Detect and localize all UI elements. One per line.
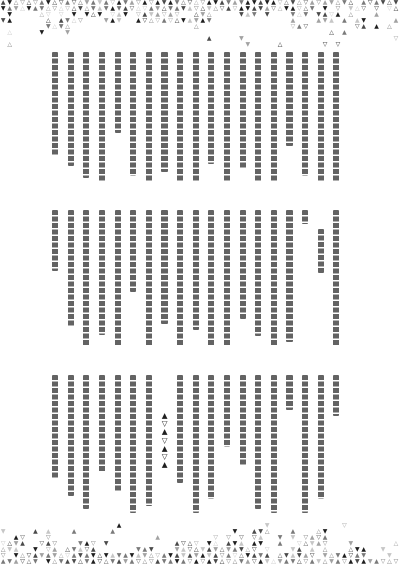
redacted-text-column	[177, 375, 184, 513]
redacted-text-lines	[130, 210, 136, 292]
ornament-row: △ ▼ △ ▽ ▽	[0, 42, 400, 48]
redacted-text-column	[115, 210, 122, 346]
redacted-text-column	[83, 52, 90, 182]
redacted-text-lines	[115, 375, 121, 492]
redacted-text-column	[68, 52, 75, 182]
redacted-text-lines	[208, 210, 214, 346]
redacted-text-column	[68, 210, 75, 346]
redacted-text-lines	[271, 210, 277, 346]
redacted-text-column	[255, 52, 262, 182]
redacted-text-lines	[83, 210, 89, 346]
top-ornament-border: ▲▼△▽△▽▲▼△▽▲▽△▼▲▼▲▽▲▼▲▽▲▽▲▼▲▼△▽△▽▲▼▲▼▲▼▲▼…	[0, 0, 400, 48]
redacted-text-column	[83, 375, 90, 513]
redacted-text-lines	[333, 52, 339, 182]
redacted-text-column	[99, 210, 106, 346]
redacted-text-lines	[286, 375, 292, 410]
redacted-text-lines	[83, 52, 89, 178]
redacted-text-lines	[99, 375, 105, 472]
redacted-text-lines	[99, 52, 105, 182]
redacted-text-lines	[146, 375, 152, 506]
scene-break-marker: ▲▽▲▽▲▽▲	[161, 375, 168, 513]
redacted-text-lines	[318, 229, 324, 273]
redacted-text-column	[240, 375, 247, 513]
redacted-text-column	[193, 375, 200, 513]
redacted-text-column	[318, 210, 325, 346]
redacted-text-lines	[99, 210, 105, 335]
redacted-text-column	[333, 210, 340, 346]
redacted-text-column	[224, 210, 231, 346]
redacted-text-column	[52, 52, 59, 182]
redacted-text-lines	[333, 375, 339, 416]
redacted-text-lines	[208, 52, 214, 164]
redacted-text-lines	[146, 210, 152, 346]
text-block-3: ▲▽▲▽▲▽▲	[52, 375, 340, 513]
redacted-text-column	[193, 52, 200, 182]
redacted-text-column	[99, 375, 106, 513]
redacted-text-column	[240, 210, 247, 346]
redacted-text-column	[99, 52, 106, 182]
text-block-2	[52, 210, 340, 346]
redacted-text-lines	[318, 375, 324, 499]
redacted-text-column	[208, 52, 215, 182]
ornament-row: ▲▼▲▽△▼ ▼△▼▲▼△▼▲▽△▼▲▼▲▽△▽▲▼▲▼▲▽▲▽▲▼△▽△▼▲▽…	[0, 559, 400, 565]
redacted-text-lines	[177, 210, 183, 346]
redacted-text-lines	[83, 375, 89, 509]
redacted-text-lines	[240, 52, 246, 169]
redacted-text-lines	[193, 52, 199, 182]
redacted-text-column	[271, 210, 278, 346]
redacted-text-column	[286, 375, 293, 513]
redacted-text-lines	[302, 52, 308, 176]
redacted-text-lines	[146, 52, 152, 182]
redacted-text-column	[161, 210, 168, 346]
redacted-text-lines	[161, 210, 167, 324]
redacted-text-lines	[52, 210, 58, 271]
redacted-text-column	[302, 375, 309, 513]
bottom-ornament-border: ▲ ▼ ▽ ▼ ▲ ▲ ▲ ▲ ▼ ▲▼△ ▲ △▼ ▲▽ ▽ ▲ ▽ ▽ ▽ …	[0, 523, 400, 565]
redacted-text-lines	[52, 375, 58, 479]
redacted-text-lines	[52, 52, 58, 156]
redacted-text-lines	[115, 52, 121, 133]
redacted-text-lines	[240, 375, 246, 465]
redacted-text-column	[333, 375, 340, 513]
redacted-text-lines	[255, 52, 261, 182]
redacted-text-lines	[271, 375, 277, 513]
redacted-text-column	[146, 210, 153, 346]
redacted-text-column	[302, 52, 309, 182]
redacted-text-lines	[115, 210, 121, 346]
redacted-text-column	[224, 375, 231, 513]
redacted-text-lines	[224, 375, 230, 447]
redacted-text-lines	[177, 375, 183, 483]
redacted-text-lines	[333, 210, 339, 346]
redacted-text-lines	[224, 210, 230, 346]
redacted-text-column	[302, 210, 309, 346]
redacted-text-column	[193, 210, 200, 346]
redacted-text-column	[318, 375, 325, 513]
redacted-text-column	[52, 375, 59, 513]
redacted-text-lines	[286, 52, 292, 146]
redacted-text-column	[286, 210, 293, 346]
redacted-text-lines	[130, 52, 136, 176]
text-block-1	[52, 52, 340, 182]
redacted-text-lines	[68, 52, 74, 166]
redacted-text-column	[177, 52, 184, 182]
redacted-text-column	[255, 210, 262, 346]
redacted-text-column	[286, 52, 293, 182]
redacted-text-column	[318, 52, 325, 182]
page: Prose body text redacted: the page conta…	[0, 0, 400, 565]
redacted-text-column	[333, 52, 340, 182]
redacted-text-lines	[68, 375, 74, 496]
redacted-text-lines	[177, 52, 183, 182]
redacted-text-lines	[255, 375, 261, 509]
triangle-glyph: ▲	[162, 461, 168, 469]
redacted-text-column	[146, 52, 153, 182]
redacted-text-lines	[302, 375, 308, 513]
redacted-text-column	[52, 210, 59, 346]
redacted-text-lines	[240, 210, 246, 319]
redacted-text-lines	[193, 375, 199, 513]
redacted-text-column	[68, 375, 75, 513]
redacted-text-lines	[286, 210, 292, 342]
redacted-text-lines	[224, 52, 230, 182]
redacted-text-column	[240, 52, 247, 182]
redacted-text-lines	[130, 375, 136, 513]
redacted-text-lines	[208, 375, 214, 499]
redacted-text-column	[208, 210, 215, 346]
redacted-text-column	[224, 52, 231, 182]
redacted-text-lines	[68, 210, 74, 327]
redacted-text-column	[130, 52, 137, 182]
redacted-text-column	[130, 375, 137, 513]
redacted-text-column	[146, 375, 153, 513]
redacted-text-column	[161, 52, 168, 182]
redacted-text-lines	[193, 210, 199, 330]
redacted-text-lines	[255, 210, 261, 336]
redacted-text-column	[208, 375, 215, 513]
redacted-text-lines	[318, 52, 324, 182]
redacted-text-lines	[161, 52, 167, 172]
redacted-text-column	[130, 210, 137, 346]
redacted-text-lines	[271, 52, 277, 182]
redacted-text-column	[271, 375, 278, 513]
redacted-text-lines	[302, 210, 308, 224]
redacted-text-column	[115, 52, 122, 182]
redacted-text-column	[177, 210, 184, 346]
redacted-text-column	[83, 210, 90, 346]
redacted-text-column	[115, 375, 122, 513]
redacted-text-column	[255, 375, 262, 513]
redacted-text-column	[271, 52, 278, 182]
